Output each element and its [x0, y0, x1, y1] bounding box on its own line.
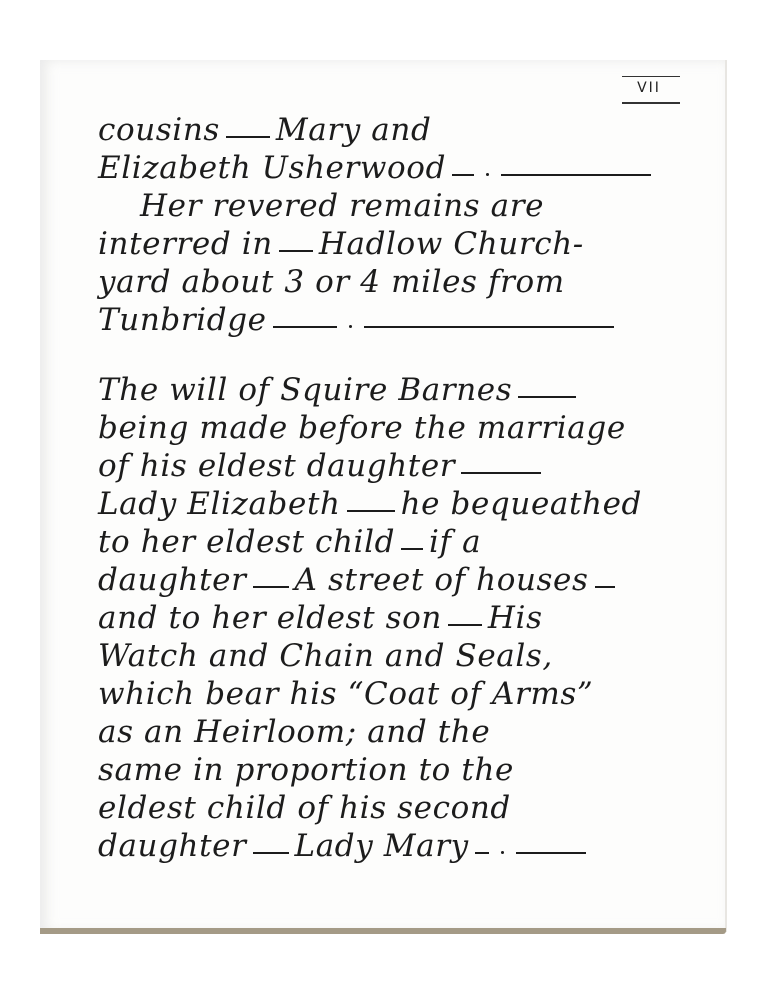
- line-text: daughter: [98, 828, 247, 864]
- line-text: Lady Elizabeth: [98, 486, 341, 522]
- text-line: Elizabeth Usherwood: [98, 150, 657, 186]
- page-number: VII: [618, 74, 680, 102]
- page-number-rule-top: [622, 76, 680, 77]
- dash-rule: [475, 852, 489, 854]
- line-text: and to her eldest son: [98, 600, 442, 636]
- dash-rule: [279, 250, 313, 252]
- text-line: Lady Elizabethhe bequeathed: [98, 486, 642, 522]
- text-line: The will of Squire Barnes: [98, 372, 582, 408]
- line-text: being made before the marriage: [98, 410, 626, 446]
- line-text: His: [488, 600, 543, 636]
- text-line: interred inHadlow Church-: [98, 226, 584, 262]
- text-line: which bear his “Coat of Arms”: [98, 676, 593, 712]
- dash-rule: [452, 174, 474, 176]
- page-bottom-edge: [40, 928, 726, 934]
- line-text: yard about 3 or 4 miles from: [98, 264, 565, 300]
- dash-rule: [253, 852, 289, 854]
- dash-rule: [401, 548, 423, 550]
- dash-rule: [501, 174, 651, 176]
- line-text: interred in: [98, 226, 273, 262]
- text-line: to her eldest childif a: [98, 524, 481, 560]
- text-line: daughterLady Mary: [98, 828, 592, 864]
- line-text: as an Heirloom; and the: [98, 714, 490, 750]
- line-text: Her revered remains are: [140, 188, 544, 224]
- line-text: The will of Squire Barnes: [98, 372, 512, 408]
- line-text: daughter: [98, 562, 247, 598]
- line-text: Watch and Chain and Seals,: [98, 638, 553, 674]
- line-text: A street of houses: [295, 562, 589, 598]
- text-line: daughterA street of houses: [98, 562, 621, 598]
- dash-rule: [253, 586, 289, 588]
- line-text: if a: [429, 524, 481, 560]
- dash-rule: [516, 852, 586, 854]
- page-number-rule-bottom: [622, 102, 680, 104]
- text-line: Watch and Chain and Seals,: [98, 638, 553, 674]
- line-text: cousins: [98, 112, 220, 148]
- line-text: he bequeathed: [401, 486, 642, 522]
- text-line: yard about 3 or 4 miles from: [98, 264, 565, 300]
- dash-rule: [461, 472, 541, 474]
- dot-mark: [349, 325, 352, 328]
- dot-mark: [486, 173, 489, 176]
- page-number-text: VII: [637, 80, 661, 96]
- text-line: eldest child of his second: [98, 790, 511, 826]
- text-line: of his eldest daughter: [98, 448, 547, 484]
- text-line: Her revered remains are: [140, 188, 544, 224]
- line-text: Tunbridge: [98, 302, 267, 338]
- dash-rule: [448, 624, 482, 626]
- line-text: Hadlow Church-: [319, 226, 584, 262]
- text-line: being made before the marriage: [98, 410, 626, 446]
- text-line: Tunbridge: [98, 302, 620, 338]
- line-text: Lady Mary: [295, 828, 469, 864]
- dash-rule: [364, 326, 614, 328]
- text-line: and to her eldest sonHis: [98, 600, 543, 636]
- dot-mark: [501, 851, 504, 854]
- text-line: as an Heirloom; and the: [98, 714, 490, 750]
- line-text: Elizabeth Usherwood: [98, 150, 446, 186]
- line-text: Mary and: [276, 112, 432, 148]
- text-line: cousinsMary and: [98, 112, 431, 148]
- line-text: to her eldest child: [98, 524, 395, 560]
- dash-rule: [518, 396, 576, 398]
- line-text: eldest child of his second: [98, 790, 511, 826]
- text-line: same in proportion to the: [98, 752, 514, 788]
- line-text: of his eldest daughter: [98, 448, 455, 484]
- dash-rule: [226, 136, 270, 138]
- dash-rule: [273, 326, 337, 328]
- line-text: same in proportion to the: [98, 752, 514, 788]
- dash-rule: [595, 586, 615, 588]
- line-text: which bear his “Coat of Arms”: [98, 676, 593, 712]
- dash-rule: [347, 510, 395, 512]
